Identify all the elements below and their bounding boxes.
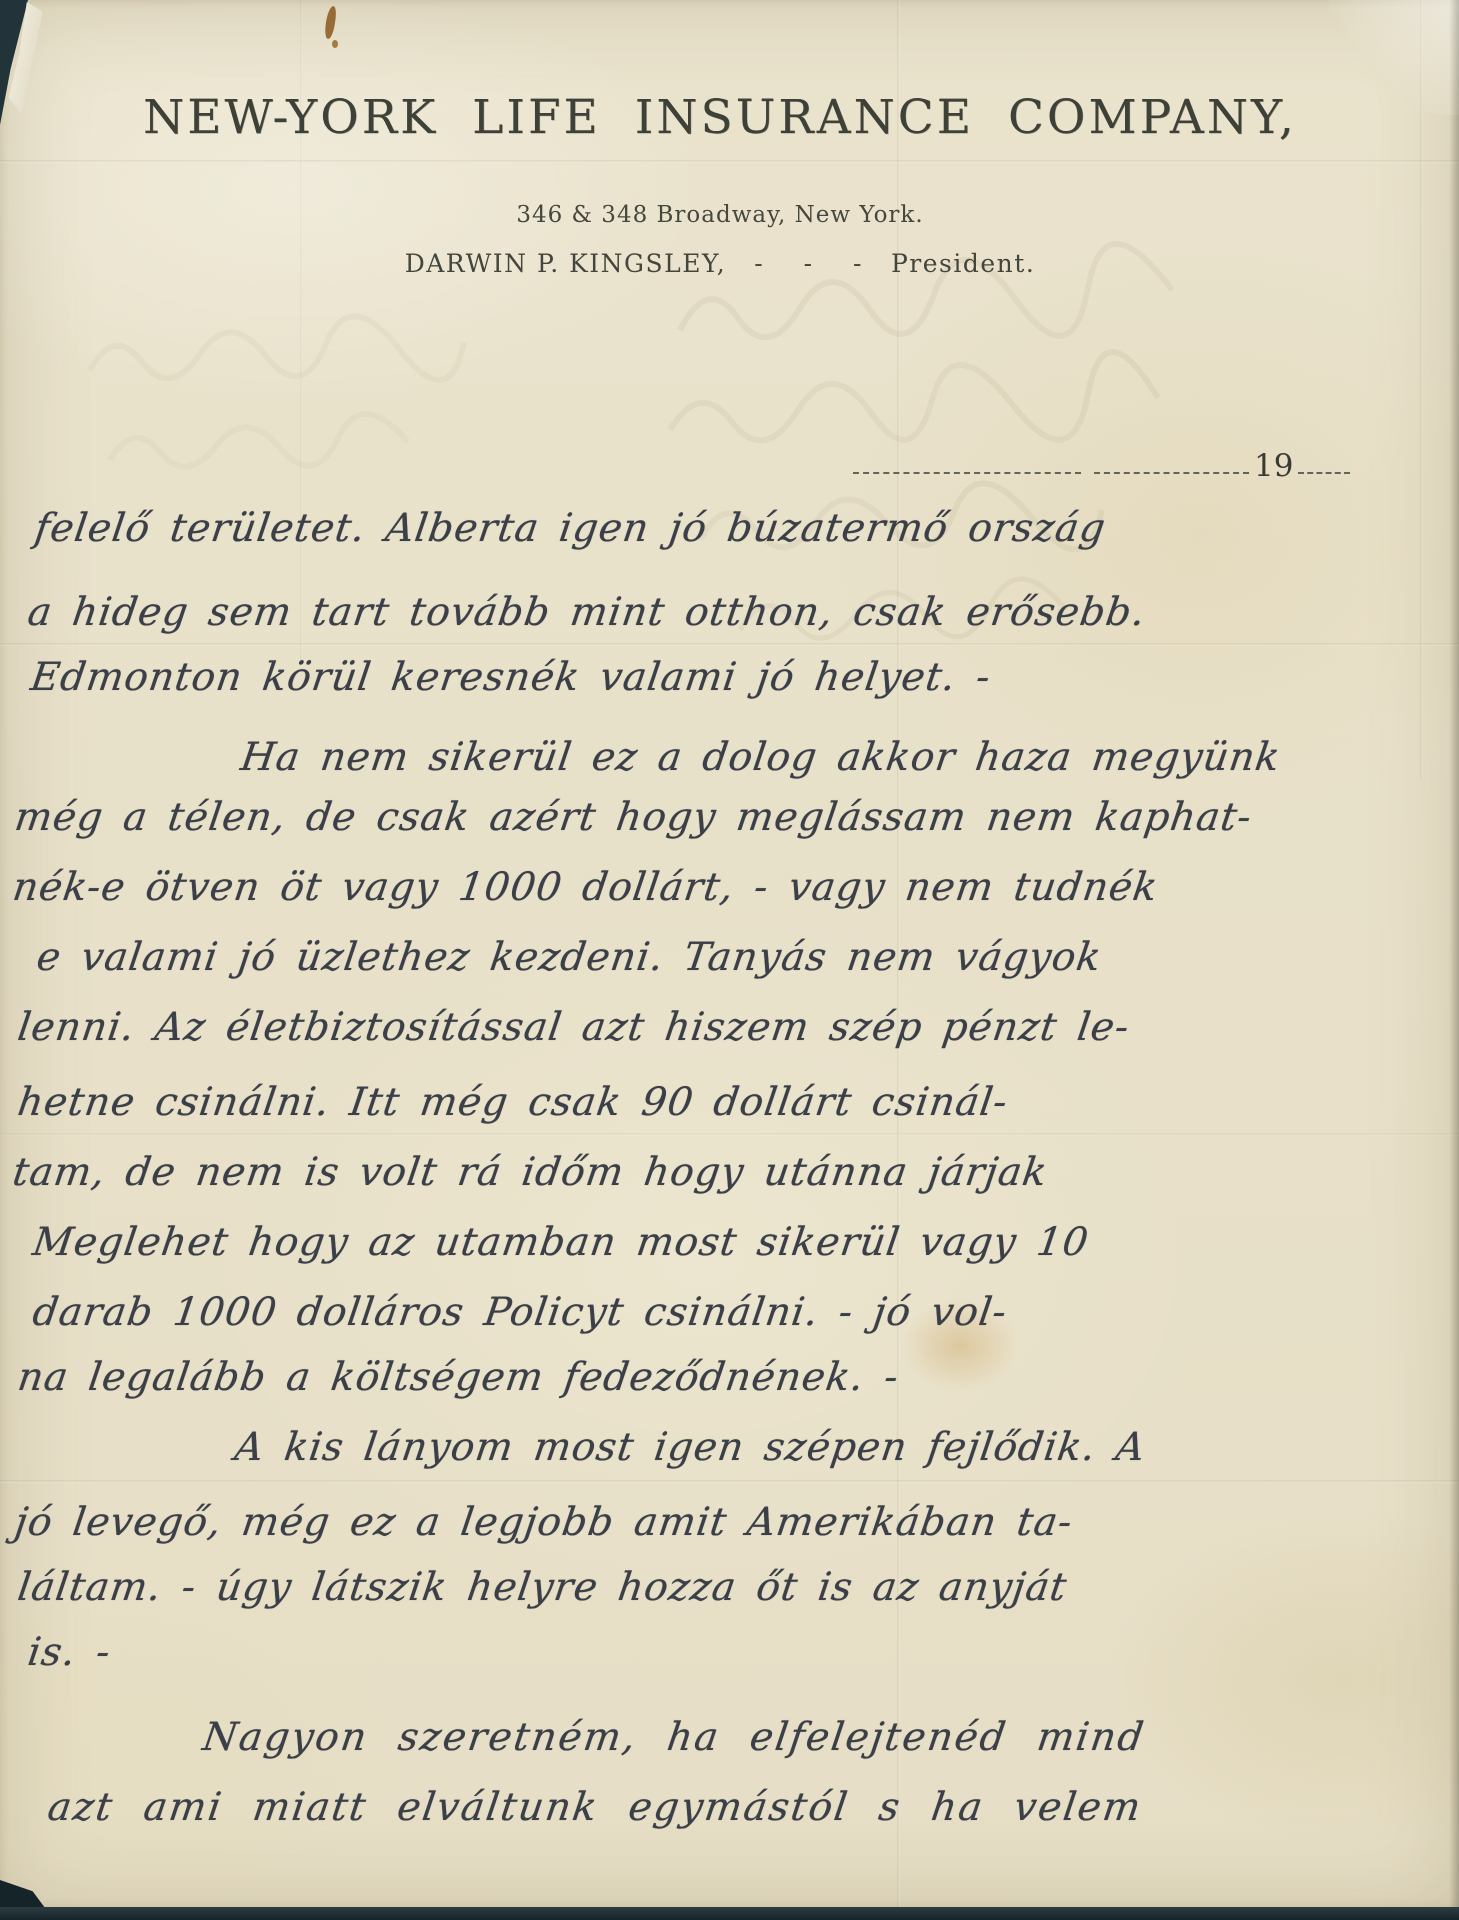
- handwritten-line: tam, de nem is volt rá időm hogy utánna …: [10, 1150, 1050, 1195]
- date-year-prefix: 19: [1254, 453, 1293, 481]
- handwritten-line: Ha nem sikerül ez a dolog akkor haza meg…: [238, 735, 1283, 780]
- president-dashes: - - -: [754, 249, 863, 278]
- handwritten-line: azt ami miatt elváltunk egymástól s ha v…: [45, 1785, 1145, 1830]
- president-title: President.: [891, 249, 1035, 278]
- handwritten-line: hetne csinálni. Itt még csak 90 dollárt …: [15, 1080, 1011, 1125]
- handwritten-line: láltam. - úgy látszik helyre hozza őt is…: [15, 1565, 1070, 1610]
- handwritten-line: felelő területet. Alberta igen jó búzate…: [32, 506, 1109, 551]
- president-line: DARWIN P. KINGSLEY,- - -President.: [0, 249, 1440, 278]
- horizontal-fold-crease: [0, 1133, 1459, 1136]
- handwritten-line: még a télen, de csak azért hogy meglássa…: [12, 795, 1255, 840]
- paper-right-edge-shadow: [1449, 0, 1459, 1908]
- scanned-letter-page: NEW-YORK LIFE INSURANCE COMPANY, 346 & 3…: [0, 0, 1459, 1920]
- handwritten-line: is. -: [25, 1630, 114, 1675]
- date-dotted-rule: [1094, 458, 1249, 474]
- handwritten-line: darab 1000 dolláros Policyt csinálni. - …: [30, 1290, 1010, 1335]
- president-name: DARWIN P. KINGSLEY,: [405, 249, 727, 278]
- horizontal-fold-crease: [0, 1480, 1459, 1483]
- company-name: NEW-YORK LIFE INSURANCE COMPANY,: [0, 90, 1440, 145]
- handwritten-line: Meglehet hogy az utamban most sikerül va…: [30, 1220, 1092, 1265]
- handwritten-line: jó levegő, még ez a legjobb amit Ameriká…: [12, 1500, 1076, 1545]
- handwritten-line: a hideg sem tart tovább mint otthon, csa…: [25, 590, 1149, 635]
- handwritten-line: na legalább a költségem fedeződnének. -: [15, 1355, 902, 1400]
- handwritten-line: Edmonton körül keresnék valami jó helyet…: [28, 655, 994, 700]
- handwritten-line: Nagyon szeretném, ha elfelejtenéd mind: [200, 1715, 1148, 1760]
- scanner-background-strip: [0, 1907, 1459, 1920]
- horizontal-fold-crease: [0, 643, 1459, 646]
- date-line: 19: [853, 446, 1350, 474]
- handwritten-line: e valami jó üzlethez kezdeni. Tanyás nem…: [34, 935, 1104, 980]
- handwritten-line: nék-e ötven öt vagy 1000 dollárt, - vagy…: [10, 865, 1161, 910]
- company-address: 346 & 348 Broadway, New York.: [0, 202, 1440, 228]
- horizontal-fold-crease: [0, 160, 1459, 163]
- handwritten-line: A kis lányom most igen szépen fejlődik. …: [232, 1425, 1149, 1470]
- date-dotted-rule: [1298, 458, 1350, 474]
- handwritten-line: lenni. Az életbiztosítással azt hiszem s…: [15, 1005, 1132, 1050]
- rust-speck: [332, 40, 338, 48]
- date-dotted-rule: [853, 458, 1081, 474]
